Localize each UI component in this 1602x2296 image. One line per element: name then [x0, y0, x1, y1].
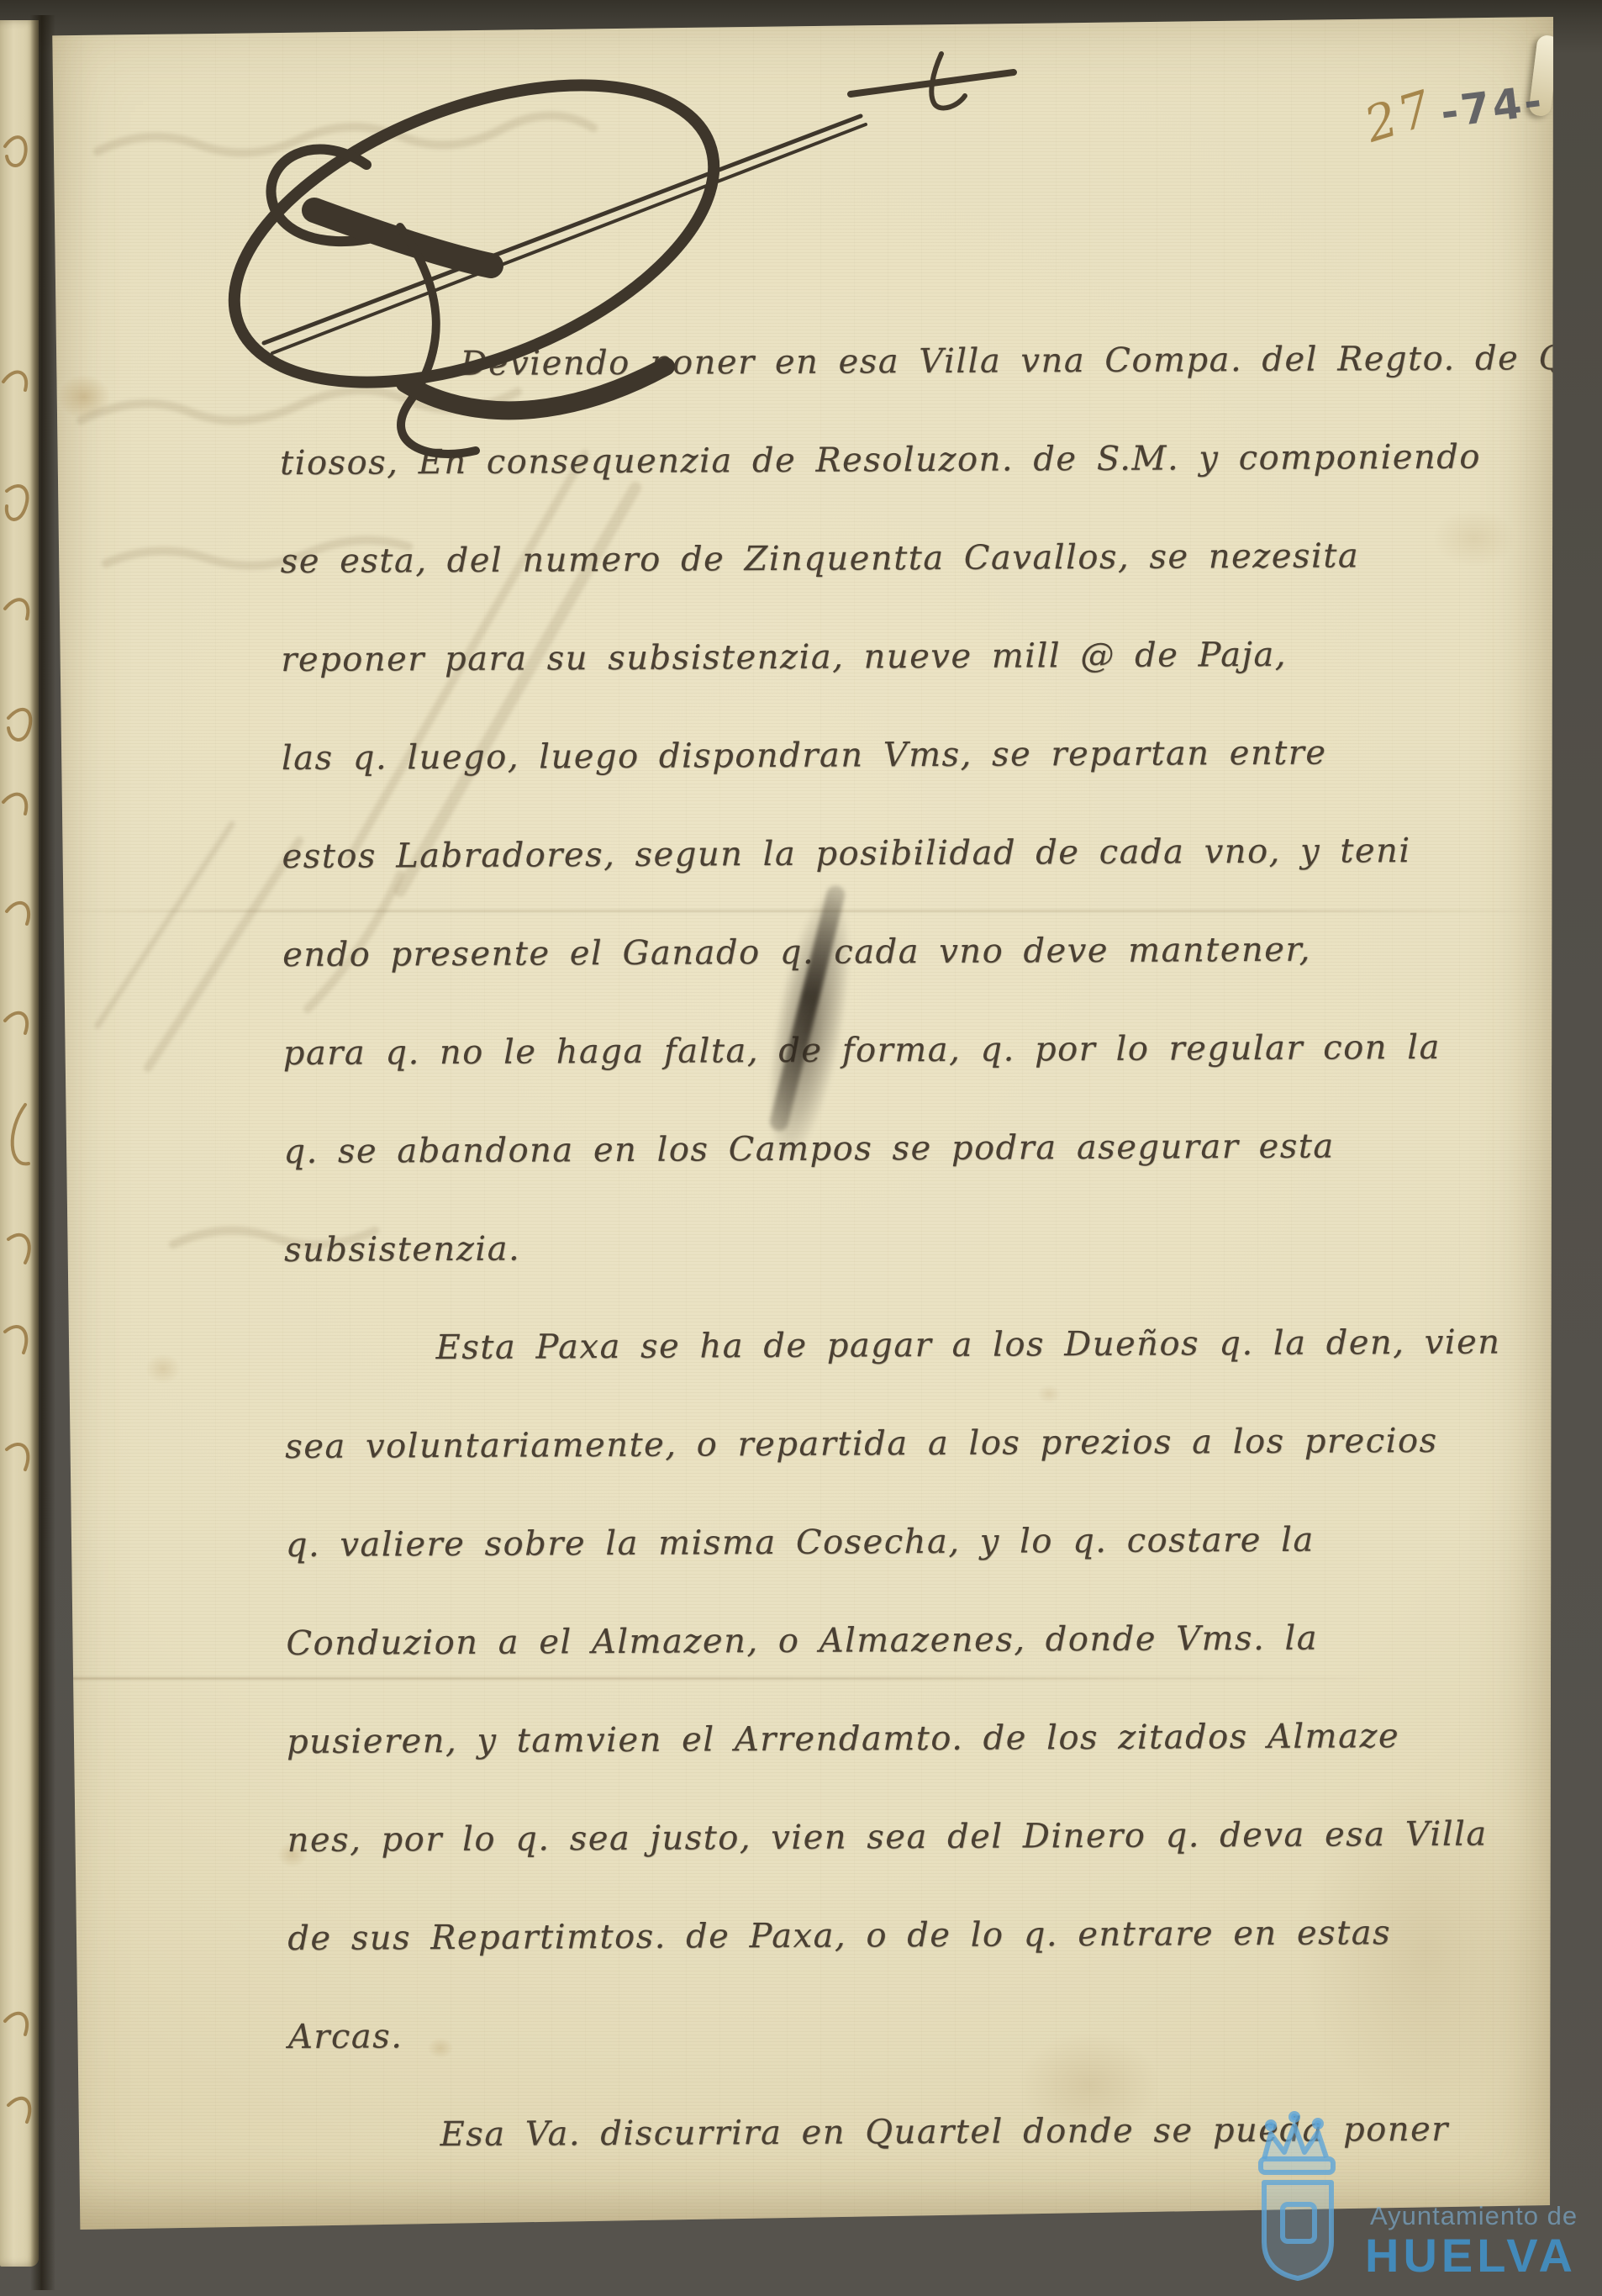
manuscript-line: endo presente el Ganado q. cada vno deve…: [282, 900, 1573, 1005]
cross-mark-icon: [841, 45, 1025, 113]
manuscript-line: Arcas.: [288, 1982, 1579, 2087]
manuscript-line: Esta Paxa se ha de pagar a los Dueños q.…: [284, 1293, 1575, 1398]
manuscript-line: se esta, del numero de Zinquentta Cavall…: [280, 506, 1571, 611]
manuscript-line: pusieren, y tamvien el Arrendamto. de lo…: [287, 1686, 1578, 1792]
manuscript-line: nes, por lo q. sea justo, vien sea del D…: [287, 1785, 1578, 1890]
manuscript-line: reponer para su subsistenzia, nueve mill…: [281, 604, 1572, 710]
manuscript-line: las q. luego, luego dispondran Vms, se r…: [282, 703, 1573, 808]
manuscript-text-block: Deviendo poner en esa Villa vna Compa. d…: [279, 309, 1579, 2185]
watermark-city-text: HUELVA: [1365, 2228, 1577, 2283]
manuscript-line: subsistenzia.: [284, 1195, 1575, 1300]
initial-flourish: [188, 66, 962, 503]
binding-gutter-shadow: [30, 15, 55, 2290]
manuscript-page: Deviendo poner en esa Villa vna Compa. d…: [47, 17, 1553, 2230]
manuscript-line: q. valiere sobre la misma Cosecha, y lo …: [286, 1490, 1577, 1595]
manuscript-line: estos Labradores, segun la posibilidad d…: [282, 801, 1573, 906]
manuscript-line: de sus Repartimtos. de Paxa, o de lo q. …: [287, 1883, 1578, 1988]
manuscript-line: Esa Va. discurrira en Quartel donde se p…: [288, 2080, 1579, 2185]
manuscript-line: Conduzion a el Almazen, o Almazenes, don…: [286, 1588, 1577, 1693]
manuscript-line: sea voluntariamente, o repartida a los p…: [285, 1391, 1576, 1496]
manuscript-line: q. se abandona en los Campos se podra as…: [283, 1096, 1574, 1201]
photo-backdrop: Deviendo poner en esa Villa vna Compa. d…: [0, 0, 1602, 2296]
manuscript-line: para q. no le haga falta, de forma, q. p…: [282, 998, 1573, 1103]
